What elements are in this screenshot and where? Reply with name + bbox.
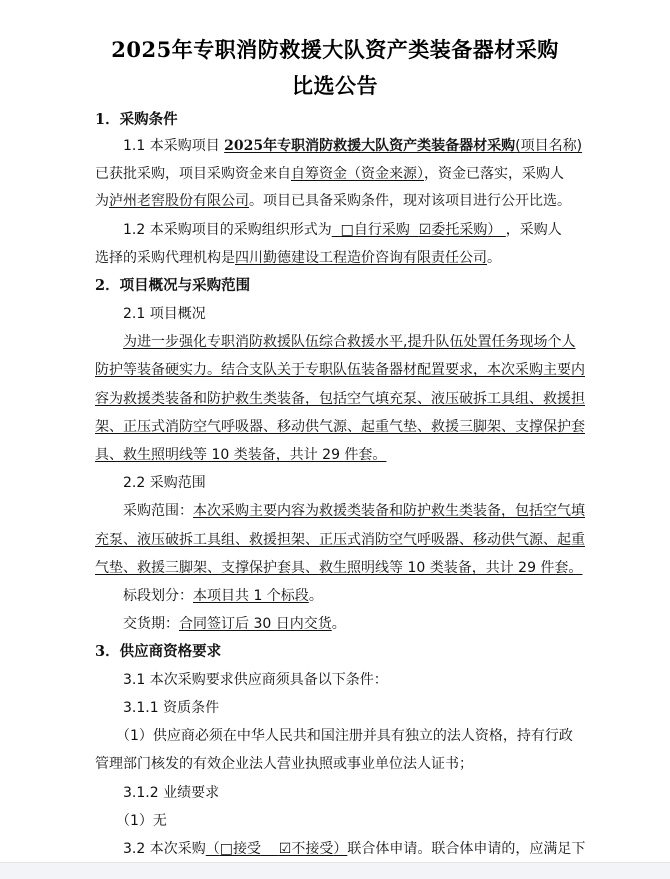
p1-2-text: 。: [487, 250, 501, 266]
p1-1-text: 为: [95, 193, 109, 209]
p1-2-prefix: 1.2 本采购项目的采购组织形式为: [123, 222, 332, 238]
subsection-3-2: 3.2 本次采购（□接受 ☑不接受）联合体申请。联合体申请的，应满足下: [123, 840, 585, 858]
p1-1-text: 已获批采购，项目采购资金来自: [95, 166, 291, 182]
p1-1-prefix: 1.1 本采购项目: [123, 138, 224, 154]
paragraph-1-1-line1: 1.1 本采购项目 2025年专职消防救援大队资产类装备器材采购(项目名称): [123, 137, 582, 155]
p1-1-text: 。项目已具备采购条件，现对该项目进行公开比选。: [249, 193, 571, 209]
checkbox-self-procurement: □自行采购: [341, 222, 410, 238]
paragraph-1-2-line1: 1.2 本采购项目的采购组织形式为 □自行采购 ☑委托采购） ，采购人: [123, 221, 562, 239]
project-name: 2025年专职消防救援大队资产类装备器材采购: [224, 138, 515, 154]
qualification-line-1: （1）供应商必须在中华人民共和国注册并具有独立的法人资格，持有行政: [116, 727, 573, 745]
lot-value: 本项目共 1 个标段: [193, 588, 309, 604]
purchaser-name: 泸州老窖股份有限公司: [109, 193, 249, 209]
overview-line-3: 容为救援类装备和防护救生类装备，包括空气填充泵、液压破拆工具组、救援担: [95, 390, 585, 408]
section-3-heading: 3．供应商资格要求: [95, 643, 221, 661]
subsection-3-1: 3.1 本次采购要求供应商须具备以下条件：: [123, 671, 388, 689]
scope-line-1: 采购范围：本次采购主要内容为救援类装备和防护救生类装备，包括空气填: [123, 502, 585, 520]
paragraph-1-1-line2: 已获批采购，项目采购资金来自自筹资金（资金来源），资金已落实，采购人: [95, 165, 564, 183]
overview-line-2: 防护等装备硬实力。结合支队关于专职队伍装备器材配置要求，本次采购主要内: [95, 361, 585, 379]
scope-label: 采购范围：: [123, 503, 193, 519]
subsection-2-1-heading: 2.1 项目概况: [123, 305, 206, 323]
subsection-2-2-heading: 2.2 采购范围: [123, 474, 206, 492]
scope-text: 本次采购主要内容为救援类装备和防护救生类装备，包括空气填: [193, 503, 585, 519]
lot-label: 标段划分：: [123, 588, 193, 604]
p3-2-prefix: 3.2 本次采购: [123, 841, 206, 857]
overview-line-4: 架、正压式消防空气呼吸器、移动供气源、起重气垫、救援三脚架、支撑保护套: [95, 418, 585, 436]
p1-1-text: ，资金已落实，采购人: [424, 166, 564, 182]
scope-line-2: 充泵、液压破拆工具组、救援担架、正压式消防空气呼吸器、移动供气源、起重: [95, 531, 585, 549]
scope-line-3: 气垫、救援三脚架、支撑保护套具、救生照明线等 10 类装备，共计 29 件套。: [95, 559, 582, 577]
overview-line-5: 具、救生照明线等 10 类装备，共计 29 件套。: [95, 446, 386, 464]
project-name-note: (项目名称): [515, 138, 582, 154]
checkbox-entrusted-procurement: ☑委托采购: [419, 222, 488, 238]
fund-source: 自筹资金（资金来源）: [291, 166, 424, 182]
delivery-suffix: 。: [332, 616, 346, 632]
paragraph-1-1-line3: 为泸州老窖股份有限公司。项目已具备采购条件，现对该项目进行公开比选。: [95, 192, 571, 210]
performance-item: （1）无: [116, 812, 167, 830]
delivery-value: 合同签订后 30 日内交货: [179, 616, 332, 632]
viewer-bottom-bar: [0, 862, 670, 879]
section-2-heading: 2．项目概况与采购范围: [95, 277, 250, 295]
delivery-label: 交货期：: [123, 616, 179, 632]
p3-2-suffix: 联合体申请。联合体申请的，应满足下: [347, 841, 585, 857]
subsection-3-1-1-heading: 3.1.1 资质条件: [123, 699, 219, 717]
checkbox-reject: ☑不接受: [279, 841, 334, 857]
checkbox-accept: □接受: [220, 841, 261, 857]
overview-line-1: 为进一步强化专职消防救援队伍综合救援水平,提升队伍处置任务现场个人: [123, 333, 575, 351]
lot-division: 标段划分：本项目共 1 个标段。: [123, 587, 323, 605]
document-title-line1: 2025年专职消防救援大队资产类装备器材采购: [0, 34, 670, 64]
document-title-line2: 比选公告: [0, 70, 670, 100]
agency-name: 四川勤德建设工程造价咨询有限责任公司: [235, 250, 487, 266]
procurement-form-options: □自行采购 ☑委托采购）: [332, 222, 506, 238]
p1-2-text: 选择的采购代理机构是: [95, 250, 235, 266]
section-1-heading: 1．采购条件: [95, 111, 178, 129]
qualification-line-2: 管理部门核发的有效企业法人营业执照或事业单位法人证书；: [95, 755, 473, 773]
paragraph-1-2-line2: 选择的采购代理机构是四川勤德建设工程造价咨询有限责任公司。: [95, 249, 501, 267]
lot-suffix: 。: [309, 588, 323, 604]
subsection-3-1-2-heading: 3.1.2 业绩要求: [123, 784, 219, 802]
p1-2-text: ，采购人: [506, 222, 562, 238]
consortium-options: （□接受 ☑不接受）: [206, 841, 348, 857]
delivery-period: 交货期：合同签订后 30 日内交货。: [123, 615, 346, 633]
document-page: 2025年专职消防救援大队资产类装备器材采购 比选公告 1．采购条件 1.1 本…: [0, 0, 670, 862]
